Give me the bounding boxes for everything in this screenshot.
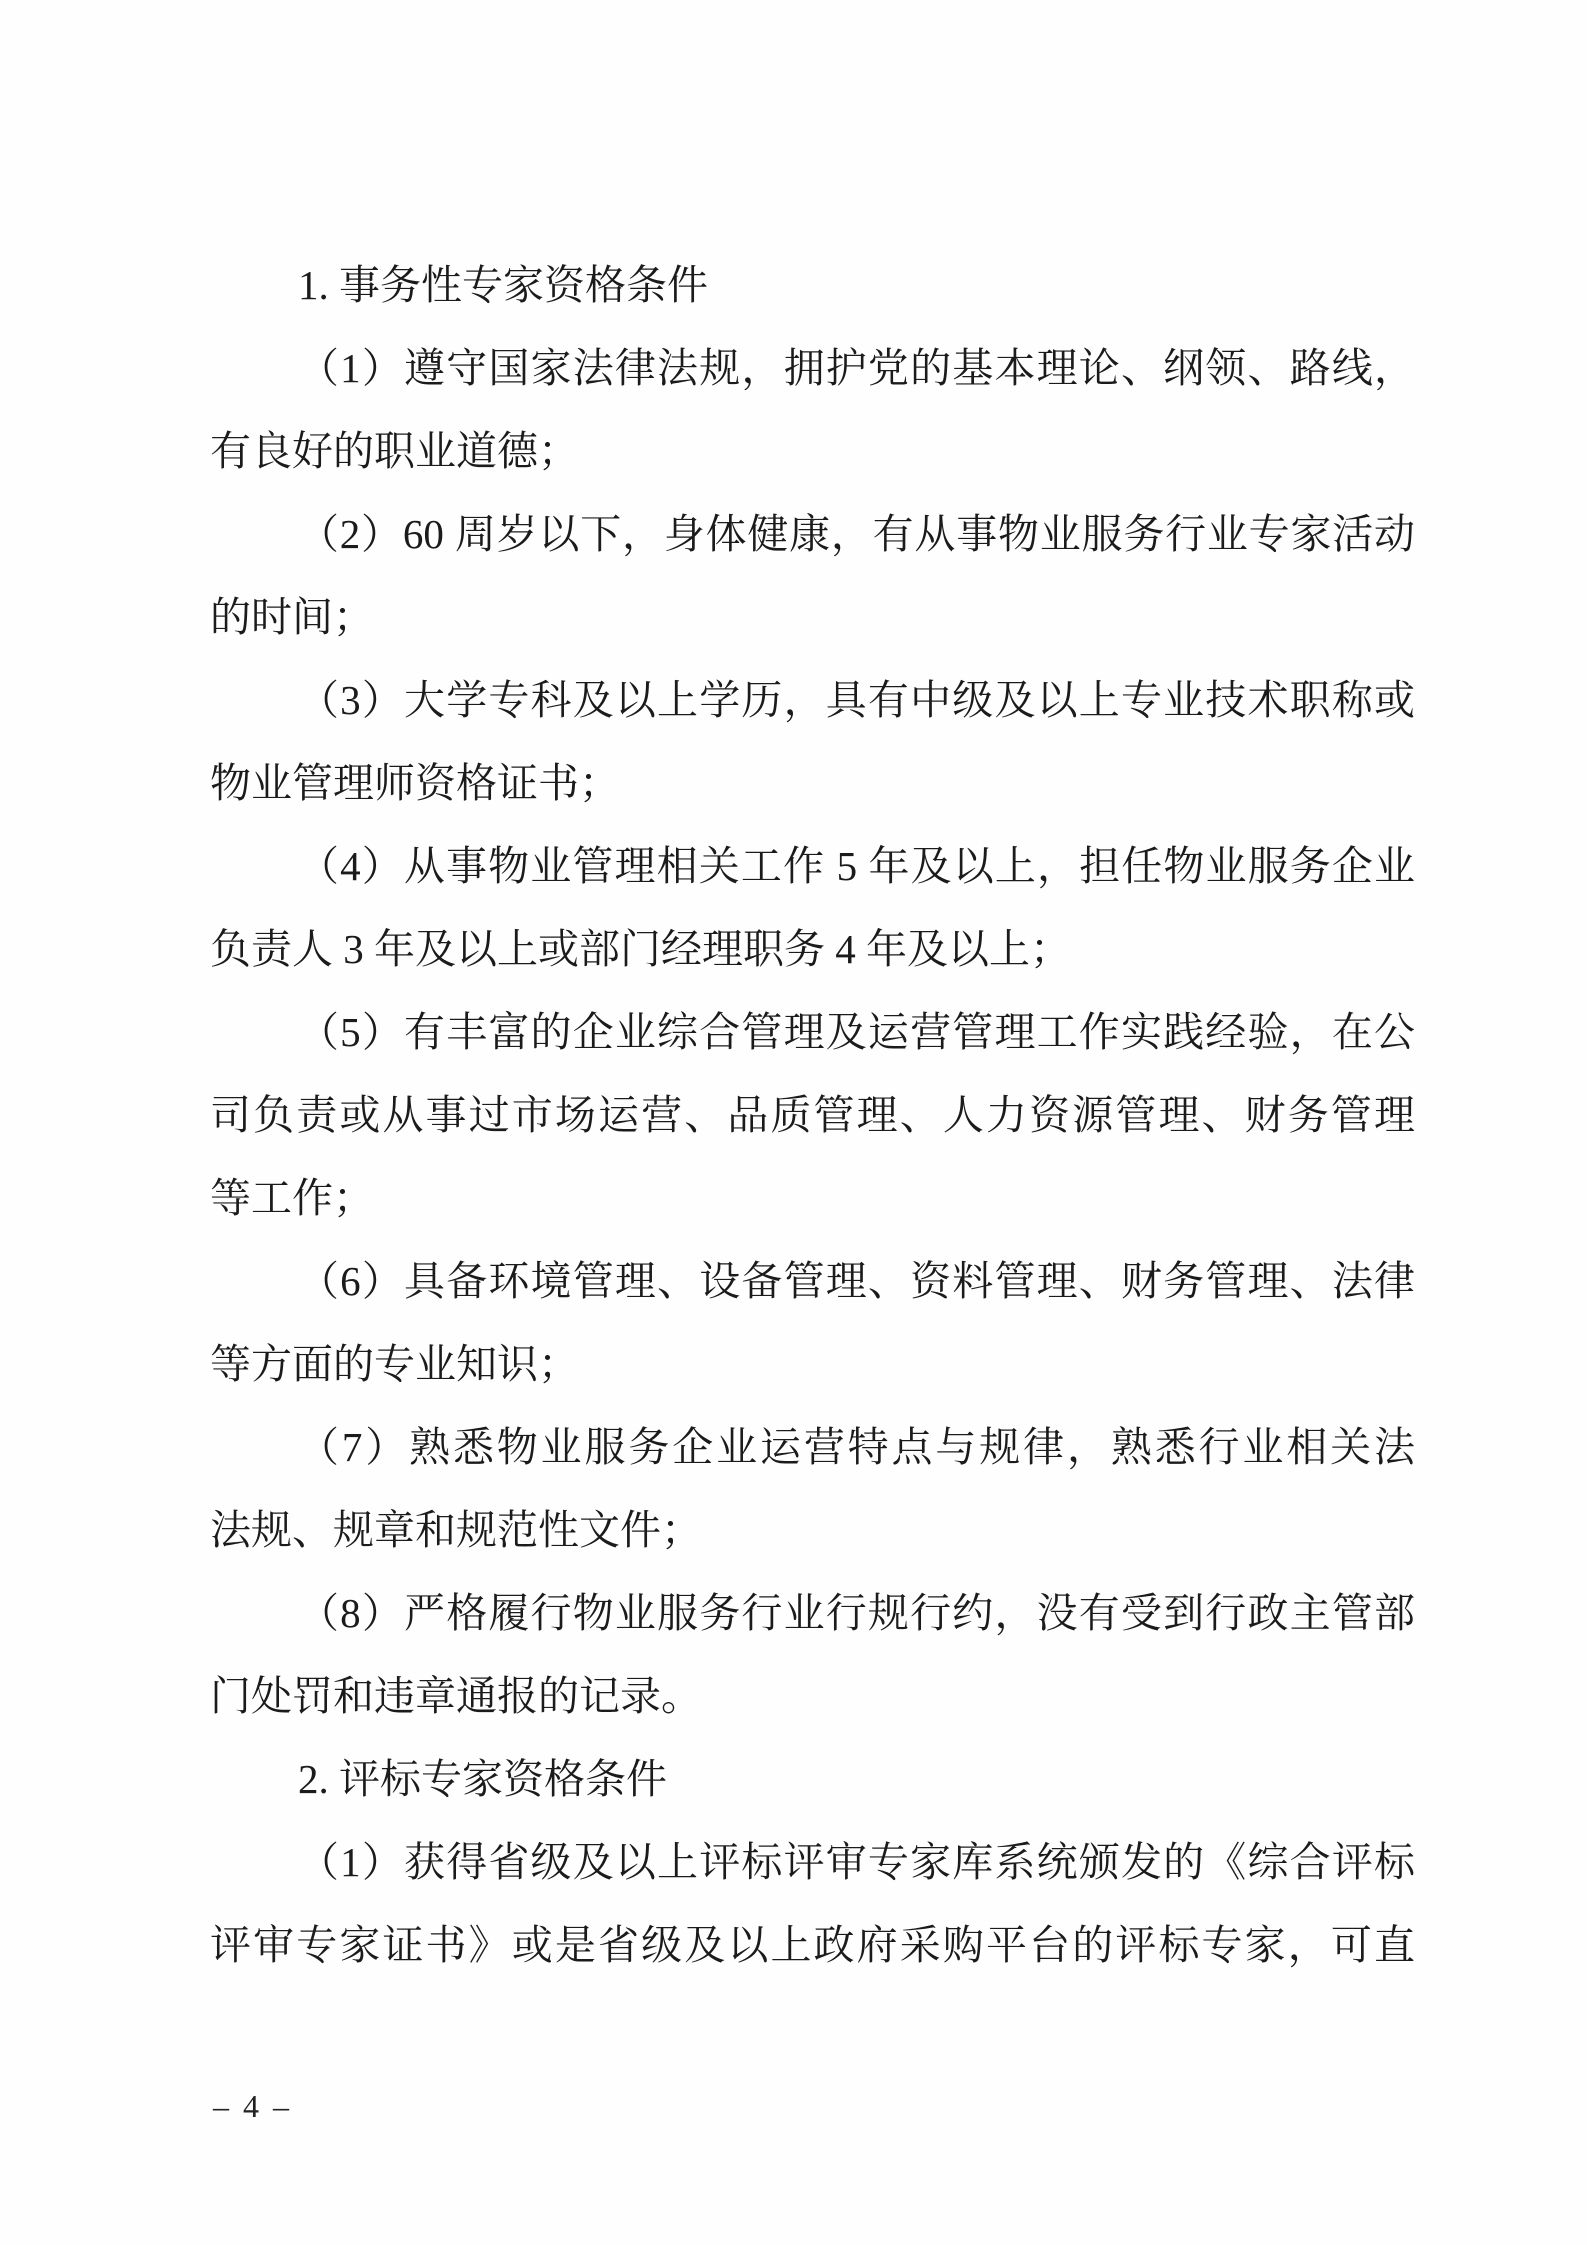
- text-line: 法规、规章和规范性文件；: [210, 1489, 1415, 1572]
- text-line: （1）获得省级及以上评标评审专家库系统颁发的《综合评标: [210, 1821, 1415, 1904]
- text-line: （4）从事物业管理相关工作 5 年及以上，担任物业服务企业: [210, 825, 1415, 908]
- text-line: （7）熟悉物业服务企业运营特点与规律，熟悉行业相关法律、: [210, 1406, 1415, 1489]
- text-line: 等工作；: [210, 1157, 1415, 1240]
- text-line: （2）60 周岁以下，身体健康，有从事物业服务行业专家活动: [210, 493, 1415, 576]
- text-line: 1. 事务性专家资格条件: [210, 244, 1415, 327]
- text-line: 有良好的职业道德；: [210, 410, 1415, 493]
- text-line: 负责人 3 年及以上或部门经理职务 4 年及以上；: [210, 908, 1415, 991]
- text-line: （6）具备环境管理、设备管理、资料管理、财务管理、法律: [210, 1240, 1415, 1323]
- text-line: 门处罚和违章通报的记录。: [210, 1655, 1415, 1738]
- text-line: 物业管理师资格证书；: [210, 742, 1415, 825]
- text-line: 的时间；: [210, 576, 1415, 659]
- page-number: – 4 –: [213, 2086, 292, 2126]
- document-body: 1. 事务性专家资格条件（1）遵守国家法律法规，拥护党的基本理论、纲领、路线，有…: [210, 244, 1415, 1987]
- document-page: 1. 事务性专家资格条件（1）遵守国家法律法规，拥护党的基本理论、纲领、路线，有…: [0, 0, 1587, 2245]
- text-line: 评审专家证书》或是省级及以上政府采购平台的评标专家，可直: [210, 1904, 1415, 1987]
- text-line: （8）严格履行物业服务行业行规行约，没有受到行政主管部: [210, 1572, 1415, 1655]
- text-line: 司负责或从事过市场运营、品质管理、人力资源管理、财务管理: [210, 1074, 1415, 1157]
- text-line: （3）大学专科及以上学历，具有中级及以上专业技术职称或: [210, 659, 1415, 742]
- text-line: 2. 评标专家资格条件: [210, 1738, 1415, 1821]
- text-line: 等方面的专业知识；: [210, 1323, 1415, 1406]
- text-line: （1）遵守国家法律法规，拥护党的基本理论、纲领、路线，: [210, 327, 1415, 410]
- text-line: （5）有丰富的企业综合管理及运营管理工作实践经验，在公: [210, 991, 1415, 1074]
